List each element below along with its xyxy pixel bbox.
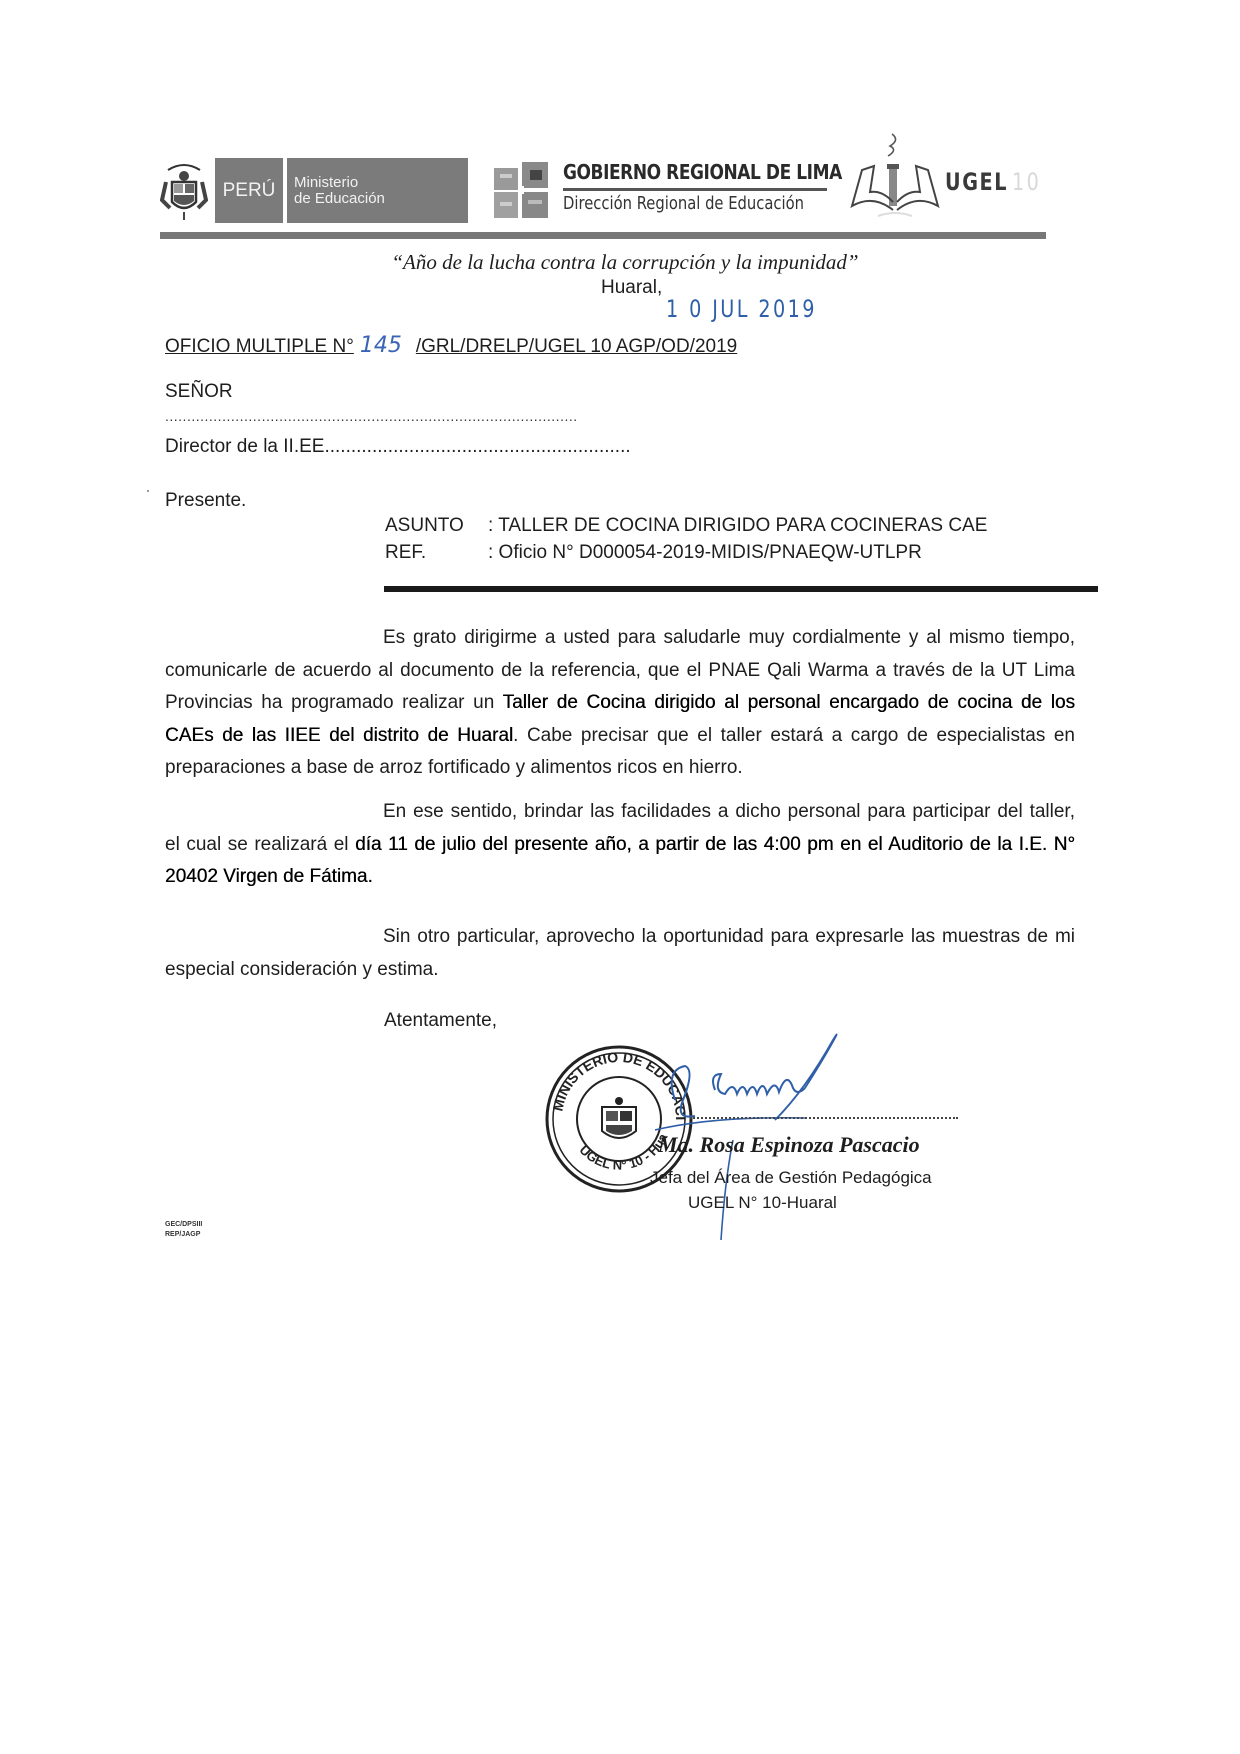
signer-name: Ma. Rosa Espinoza Pascacio — [658, 1132, 920, 1158]
body-paragraph-3: Sin otro particular, aprovecho la oportu… — [165, 921, 1075, 986]
asunto-value: : TALLER DE COCINA DIRIGIDO PARA COCINER… — [488, 515, 987, 537]
ministry-label: Ministerio de Educación — [287, 158, 468, 223]
regional-title-rule — [563, 188, 827, 191]
ref-label: REF. — [385, 542, 426, 564]
body-paragraph-1: Es grato dirigirme a usted para saludarl… — [165, 622, 1075, 785]
ugel-book-torch-logo-icon — [848, 130, 942, 222]
initials-line-2: REP/JAGP — [165, 1230, 202, 1240]
peru-coat-of-arms-icon — [160, 160, 208, 222]
director-line: Director de la II.EE....................… — [165, 436, 631, 458]
year-motto: “Año de la lucha contra la corrupción y … — [0, 250, 1240, 275]
regional-government-logo-icon — [492, 160, 552, 220]
signer-role: Jefa del Área de Gestión Pedagógica — [650, 1168, 932, 1188]
regional-directorate-title: Dirección Regional de Educación — [563, 193, 804, 214]
oficio-handwritten-number: 145 — [360, 333, 402, 358]
reference-initials: GEC/DPSIII REP/JAGP — [165, 1220, 202, 1240]
presente-label: Presente. — [165, 490, 246, 512]
scan-speck — [147, 490, 149, 492]
ugel-number: 10 — [1012, 168, 1041, 196]
regional-government-title: GOBIERNO REGIONAL DE LIMA — [563, 160, 842, 184]
p3-text: Sin otro particular, aprovecho la oportu… — [165, 926, 1075, 980]
oficio-number-line: OFICIO MULTIPLE N°145/GRL/DRELP/UGEL 10 … — [165, 333, 737, 358]
ugel-label: UGEL — [945, 168, 1008, 196]
header-divider — [160, 232, 1046, 239]
ministry-line-1: Ministerio — [294, 175, 468, 191]
signature-line — [690, 1117, 958, 1119]
peru-label: PERÚ — [215, 158, 283, 223]
initials-line-1: GEC/DPSIII — [165, 1220, 202, 1230]
closing: Atentamente, — [384, 1010, 497, 1032]
asunto-label: ASUNTO — [385, 515, 464, 537]
salutation: SEÑOR — [165, 381, 233, 403]
place: Huaral, — [601, 277, 662, 299]
subject-divider — [384, 586, 1098, 592]
signer-unit: UGEL N° 10-Huaral — [688, 1193, 837, 1213]
body-paragraph-2: En ese sentido, brindar las facilidades … — [165, 796, 1075, 894]
ref-value: : Oficio N° D000054-2019-MIDIS/PNAEQW-UT… — [488, 542, 922, 564]
oficio-suffix: /GRL/DRELP/UGEL 10 AGP/OD/2019 — [416, 336, 737, 357]
recipient-blank-line: ........................................… — [165, 408, 578, 424]
date-stamp: 1 0 JUL 2019 — [666, 295, 817, 323]
ministry-line-2: de Educación — [294, 191, 468, 207]
oficio-prefix: OFICIO MULTIPLE N° — [165, 336, 354, 357]
